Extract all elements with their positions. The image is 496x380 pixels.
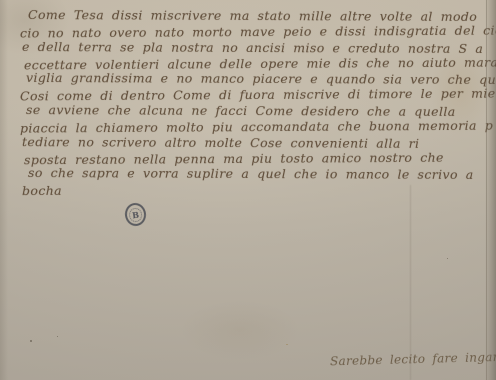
library-stamp-icon: B — [124, 202, 148, 228]
text-line: Cosi come di dentro Come di fuora miscri… — [20, 87, 496, 104]
stamp-inner-ring: B — [128, 207, 143, 223]
paper-stain — [180, 300, 300, 360]
manuscript-page: Come Tesa dissi miscrivere ma stato mill… — [0, 0, 496, 380]
text-line: so che sapra e vorra suplire a quel che … — [28, 166, 474, 182]
page-edge-shadow — [485, 0, 496, 380]
text-line: Come Tesa dissi miscrivere ma stato mill… — [28, 8, 477, 24]
text-line: e della terra se pla nostra no ancisi mi… — [22, 40, 483, 56]
paper-speck — [447, 258, 448, 259]
page-edge-shadow-left — [0, 0, 8, 380]
text-line: viglia grandissima e no manco piacere e … — [26, 71, 496, 87]
text-line: piaccia la chiamero molto piu accomandat… — [20, 118, 496, 135]
text-line: se avviene che alcuna ne facci Come desi… — [26, 103, 456, 119]
paper-speck — [57, 336, 58, 337]
stamp-letter: B — [132, 210, 140, 219]
text-line: cio no nato overo nato morto mave peio e… — [20, 23, 496, 40]
paper-speck — [286, 344, 288, 345]
paper-speck — [30, 340, 32, 342]
paper-crease — [410, 185, 411, 380]
text-line: tediare no scrivero altro molte Cose con… — [22, 135, 420, 151]
postscript-line: Sarebbe lecito fare inganni — [330, 350, 496, 369]
text-line: bocha — [22, 184, 62, 198]
